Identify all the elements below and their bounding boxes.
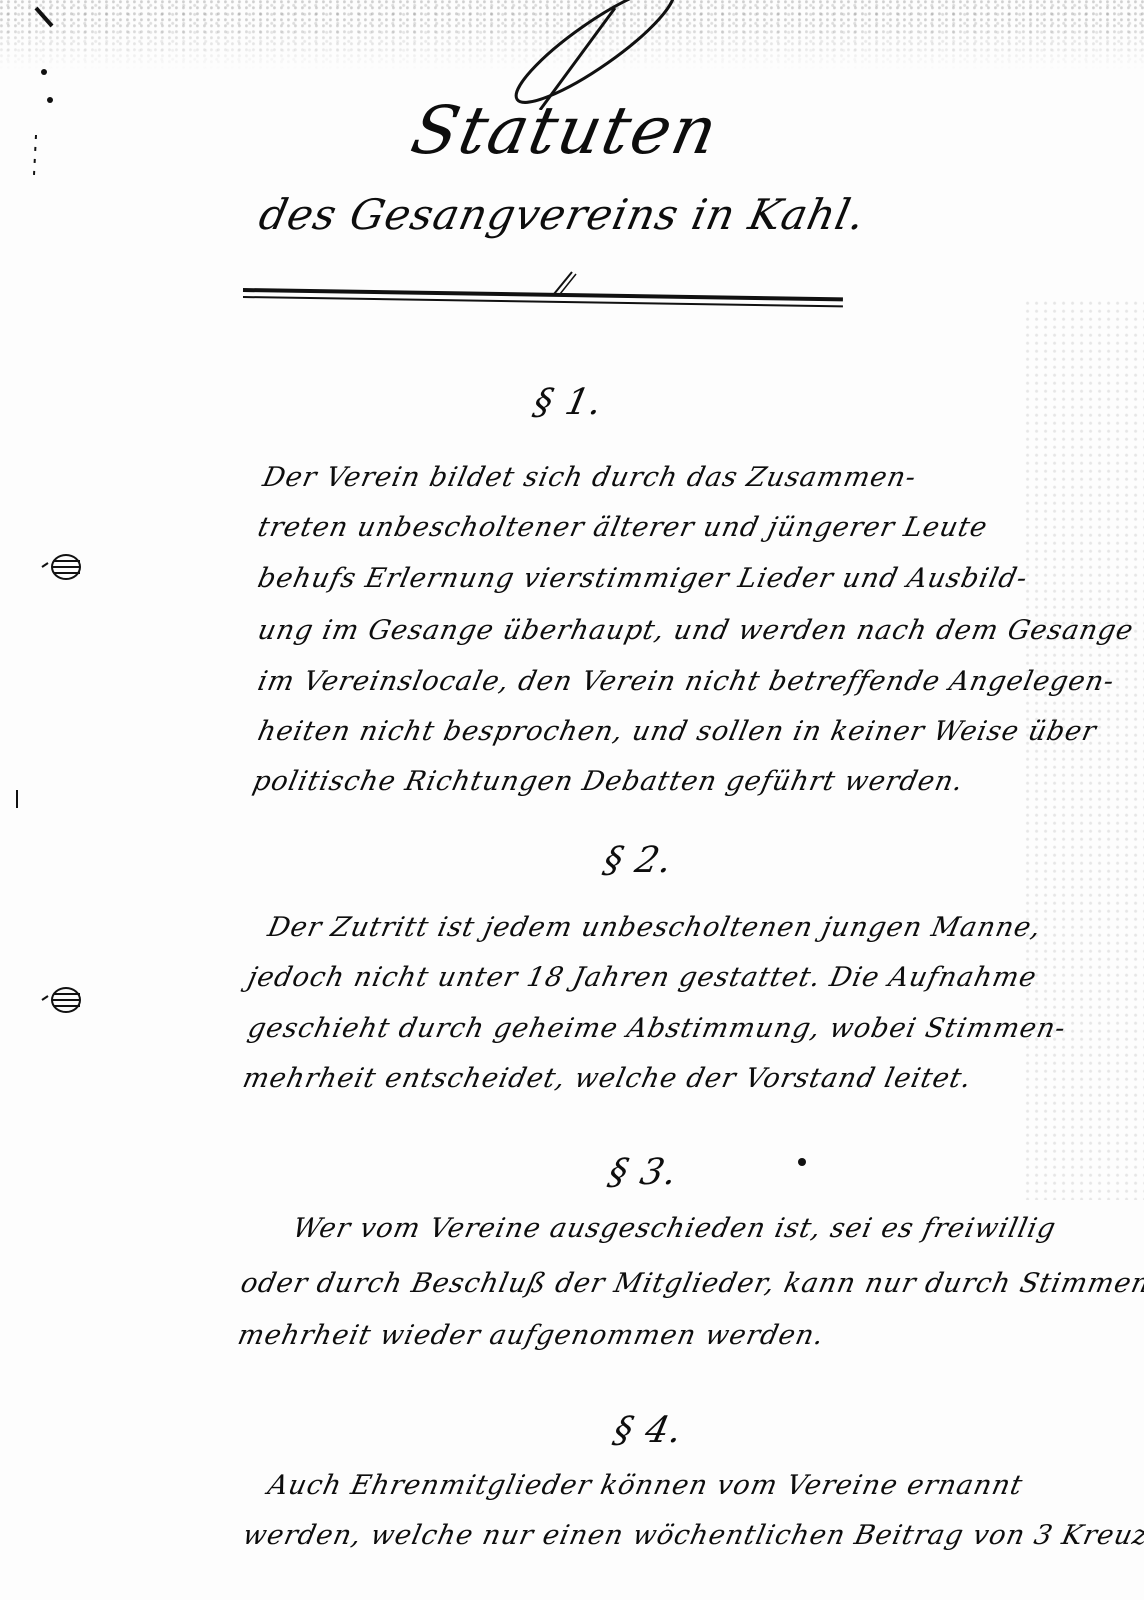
section-3-line-1: Wer vom Vereine ausgeschieden ist, sei e… xyxy=(290,1213,1059,1244)
ink-dot-icon xyxy=(796,1156,808,1168)
section-3-line-2: oder durch Beschluß der Mitglieder, kann… xyxy=(238,1268,1144,1299)
section-3-line-3: mehrheit wieder aufgenommen werden. xyxy=(235,1320,827,1351)
document-title: Statuten xyxy=(405,92,726,169)
section-4-heading: § 4. xyxy=(610,1410,687,1451)
section-1-line-1: Der Verein bildet sich durch das Zusamme… xyxy=(260,462,919,493)
section-1-line-5: im Vereinslocale, den Verein nicht betre… xyxy=(255,666,1117,697)
section-2-heading: § 2. xyxy=(600,840,677,881)
document-subtitle: des Gesangvereins in Kahl. xyxy=(255,190,870,239)
punch-hole-icon xyxy=(40,552,84,582)
section-2-line-2: jedoch nicht unter 18 Jahren gestattet. … xyxy=(245,962,1040,993)
section-2-line-4: mehrheit entscheidet, welche der Vorstan… xyxy=(240,1063,975,1094)
section-3-heading: § 3. xyxy=(605,1152,682,1193)
section-1-line-7: politische Richtungen Debatten geführt w… xyxy=(250,766,966,797)
section-2-line-1: Der Zutritt ist jedem unbescholtenen jun… xyxy=(265,912,1044,943)
section-1-heading: § 1. xyxy=(530,382,607,423)
section-1-line-2: treten unbescholtener älterer und jünger… xyxy=(255,512,991,543)
punch-hole-icon xyxy=(40,985,84,1015)
margin-tick-icon xyxy=(12,790,22,810)
section-2-line-3: geschieht durch geheime Abstimmung, wobe… xyxy=(245,1013,1069,1044)
scan-noise-right xyxy=(1024,300,1144,1200)
section-1-line-6: heiten nicht besprochen, und sollen in k… xyxy=(255,716,1100,747)
section-4-line-2: werden, welche nur einen wöchentlichen B… xyxy=(240,1520,1144,1551)
scanned-page: Statuten des Gesangvereins in Kahl. § 1.… xyxy=(0,0,1144,1600)
section-4-line-1: Auch Ehrenmitglieder können vom Vereine … xyxy=(265,1470,1026,1501)
section-1-line-3: behufs Erlernung vierstimmiger Lieder un… xyxy=(255,563,1031,594)
scan-artifact-icon xyxy=(30,0,70,200)
section-1-line-4: ung im Gesange überhaupt, und werden nac… xyxy=(255,615,1137,646)
